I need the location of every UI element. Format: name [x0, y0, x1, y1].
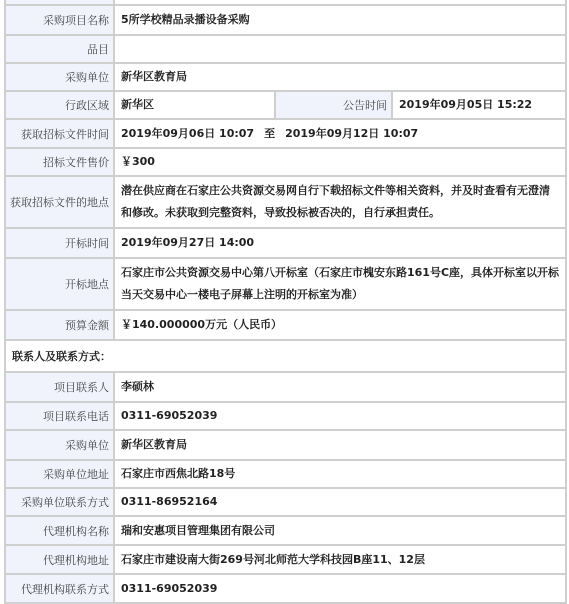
table-row: 采购单位 新华区教育局 [5, 430, 566, 460]
table-row: 采购单位地址 石家庄市西焦北路18号 [5, 460, 566, 488]
purchaser-contact-value: 0311-86952164 [114, 488, 566, 516]
category-label: 品目 [5, 35, 114, 63]
contact-phone-label: 项目联系电话 [5, 402, 114, 430]
table-row: 采购单位 新华区教育局 [5, 63, 566, 91]
table-row: 招标文件售价 ￥300 [5, 148, 566, 176]
contact-purchaser-label: 采购单位 [5, 430, 114, 460]
agency-address-label: 代理机构地址 [5, 545, 114, 574]
table-row: 代理机构名称 瑞和安惠项目管理集团有限公司 [5, 516, 566, 545]
announce-time-value: 2019年09月05日 15:22 [392, 91, 566, 119]
table-row: 获取招标文件时间 2019年09月06日 10:07至2019年09月12日 1… [5, 119, 566, 148]
contact-phone-value: 0311-69052039 [114, 402, 566, 430]
agency-contact-label: 代理机构联系方式 [5, 574, 114, 599]
table-row: 代理机构联系方式 0311-69052039 [5, 574, 566, 599]
purchaser-address-value: 石家庄市西焦北路18号 [114, 460, 566, 488]
contact-person-value: 李硕林 [114, 372, 566, 402]
doc-time-separator: 至 [264, 127, 275, 140]
table-row: 项目联系人 李硕林 [5, 372, 566, 402]
doc-price-value: ￥300 [114, 148, 566, 176]
table-row: 项目联系电话 0311-69052039 [5, 402, 566, 430]
table-row: 获取招标文件的地点 潜在供应商在石家庄公共资源交易网自行下载招标文件等相关资料，… [5, 176, 566, 228]
doc-time-end: 2019年09月12日 10:07 [285, 127, 418, 140]
agency-name-value: 瑞和安惠项目管理集团有限公司 [114, 516, 566, 545]
table-row: 采购单位联系方式 0311-86952164 [5, 488, 566, 516]
open-time-label: 开标时间 [5, 228, 114, 258]
project-name-value: 5所学校精品录播设备采购 [114, 5, 566, 35]
purchaser-label: 采购单位 [5, 63, 114, 91]
contact-person-label: 项目联系人 [5, 372, 114, 402]
table-row: 行政区域 新华区 公告时间 2019年09月05日 15:22 [5, 91, 566, 119]
project-name-label: 采购项目名称 [5, 5, 114, 35]
doc-time-start: 2019年09月06日 10:07 [121, 127, 254, 140]
table-row: 开标时间 2019年09月27日 14:00 [5, 228, 566, 258]
agency-name-label: 代理机构名称 [5, 516, 114, 545]
doc-place-label: 获取招标文件的地点 [5, 176, 114, 228]
doc-price-label: 招标文件售价 [5, 148, 114, 176]
table-row: 品目 [5, 35, 566, 63]
table-row: 采购项目名称 5所学校精品录播设备采购 [5, 5, 566, 35]
open-place-value: 石家庄市公共资源交易中心第八开标室（石家庄市槐安东路161号C座，具体开标室以开… [114, 258, 566, 310]
table-row: 联系人及联系方式： [5, 340, 566, 372]
doc-place-value: 潜在供应商在石家庄公共资源交易网自行下载招标文件等相关资料，并及时查看有无澄清和… [114, 176, 566, 228]
open-time-value: 2019年09月27日 14:00 [114, 228, 566, 258]
budget-value: ￥140.000000万元（人民币） [114, 310, 566, 340]
doc-time-label: 获取招标文件时间 [5, 119, 114, 148]
procurement-info-table: 采购项目名称 5所学校精品录播设备采购 品目 采购单位 新华区教育局 行政区域 … [4, 0, 567, 599]
region-value: 新华区 [114, 91, 275, 119]
contact-section-title: 联系人及联系方式： [5, 340, 566, 372]
open-place-label: 开标地点 [5, 258, 114, 310]
announce-time-label: 公告时间 [275, 91, 392, 119]
purchaser-value: 新华区教育局 [114, 63, 566, 91]
budget-label: 预算金额 [5, 310, 114, 340]
region-label: 行政区域 [5, 91, 114, 119]
agency-address-value: 石家庄市建设南大街269号河北师范大学科技园B座11、12层 [114, 545, 566, 574]
purchaser-address-label: 采购单位地址 [5, 460, 114, 488]
table-row: 预算金额 ￥140.000000万元（人民币） [5, 310, 566, 340]
purchaser-contact-label: 采购单位联系方式 [5, 488, 114, 516]
contact-purchaser-value: 新华区教育局 [114, 430, 566, 460]
table-row: 开标地点 石家庄市公共资源交易中心第八开标室（石家庄市槐安东路161号C座，具体… [5, 258, 566, 310]
table-row: 代理机构地址 石家庄市建设南大街269号河北师范大学科技园B座11、12层 [5, 545, 566, 574]
agency-contact-value: 0311-69052039 [114, 574, 566, 599]
category-value [114, 35, 566, 63]
procurement-info-table-wrapper: 采购项目名称 5所学校精品录播设备采购 品目 采购单位 新华区教育局 行政区域 … [4, 0, 565, 599]
doc-time-value: 2019年09月06日 10:07至2019年09月12日 10:07 [114, 119, 566, 148]
